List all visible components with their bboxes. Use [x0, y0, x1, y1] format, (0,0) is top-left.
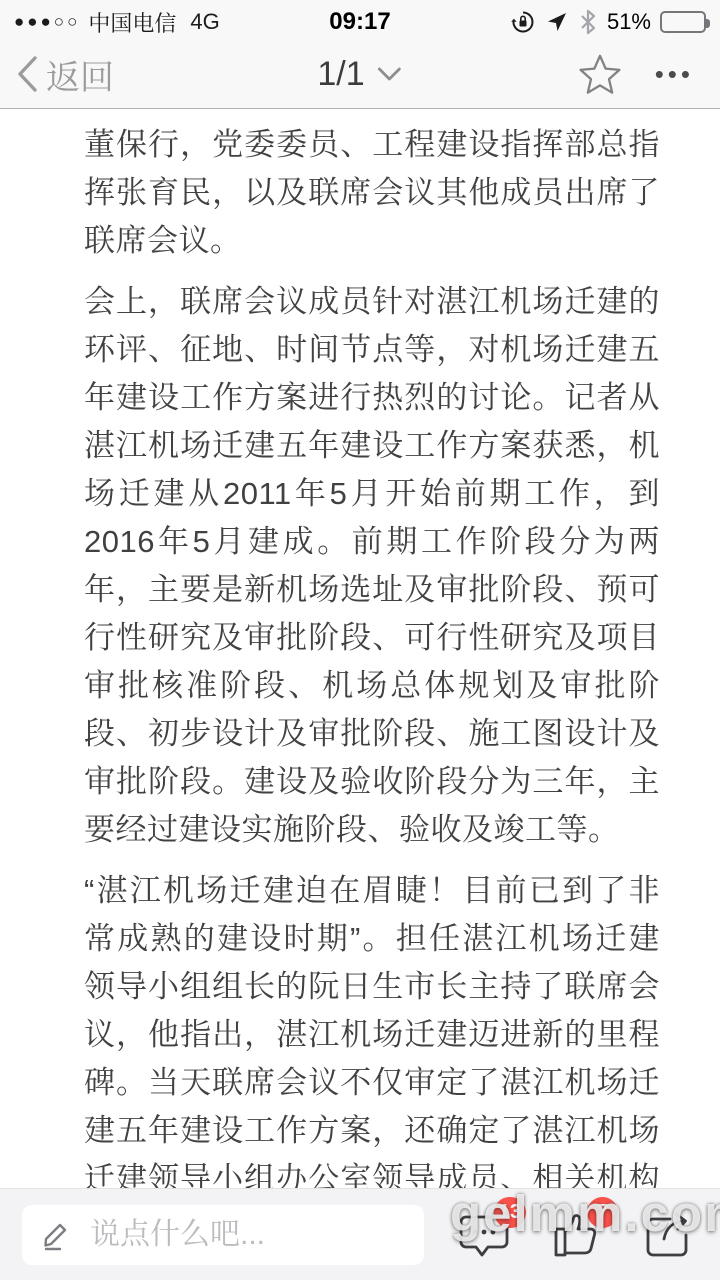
rotation-lock-icon: [510, 9, 536, 35]
comments-button[interactable]: 13: [456, 1207, 512, 1263]
network-type-label: 4G: [190, 9, 219, 35]
carrier-label: 中国电信: [88, 7, 176, 38]
paragraph: 董保行，党委委员、工程建设指挥部总指挥张育民，以及联席会议其他成员出席了联席会议…: [84, 121, 660, 265]
like-count-badge: 7: [587, 1197, 618, 1228]
paragraph: “湛江机场迁建迫在眉睫！目前已到了非常成熟的建设时期”。担任湛江机场迁建领导小组…: [84, 867, 660, 1188]
like-button[interactable]: 7: [548, 1207, 604, 1263]
signal-strength-icon: ●●●○○: [14, 12, 80, 32]
status-bar: ●●●○○ 中国电信 4G 09:17 51%: [0, 0, 720, 40]
action-buttons: 13 7: [456, 1207, 698, 1263]
clock-label: 09:17: [329, 8, 390, 36]
battery-percent-label: 51%: [607, 9, 651, 35]
comment-input-field[interactable]: [22, 1205, 424, 1265]
more-button[interactable]: •••: [655, 59, 694, 90]
page-indicator-label: 1/1: [317, 55, 364, 94]
nav-right-cluster: •••: [577, 51, 720, 97]
back-button-label: 返回: [46, 50, 114, 99]
paragraph: 会上，联席会议成员针对湛江机场迁建的环评、征地、时间节点等，对机场迁建五年建设工…: [84, 278, 660, 854]
share-button[interactable]: [640, 1207, 696, 1263]
comment-bar: 13 7: [0, 1188, 720, 1280]
pencil-icon: [40, 1218, 74, 1252]
comment-input[interactable]: [90, 1218, 406, 1252]
comment-count-badge: 13: [494, 1197, 526, 1228]
document-page: 董保行，党委委员、工程建设指挥部总指挥张育民，以及联席会议其他成员出席了联席会议…: [0, 110, 720, 1188]
chevron-left-icon: [16, 55, 38, 93]
favorite-star-button[interactable]: [577, 51, 623, 97]
nav-bar: 返回 1/1 •••: [0, 40, 720, 109]
bluetooth-icon: [578, 9, 598, 35]
battery-icon: [660, 11, 706, 33]
page-indicator-dropdown[interactable]: 1/1: [317, 55, 402, 94]
location-icon: [545, 10, 569, 34]
back-button[interactable]: 返回: [0, 50, 134, 99]
status-right-cluster: 51%: [510, 9, 706, 35]
chevron-down-icon: [377, 65, 403, 83]
